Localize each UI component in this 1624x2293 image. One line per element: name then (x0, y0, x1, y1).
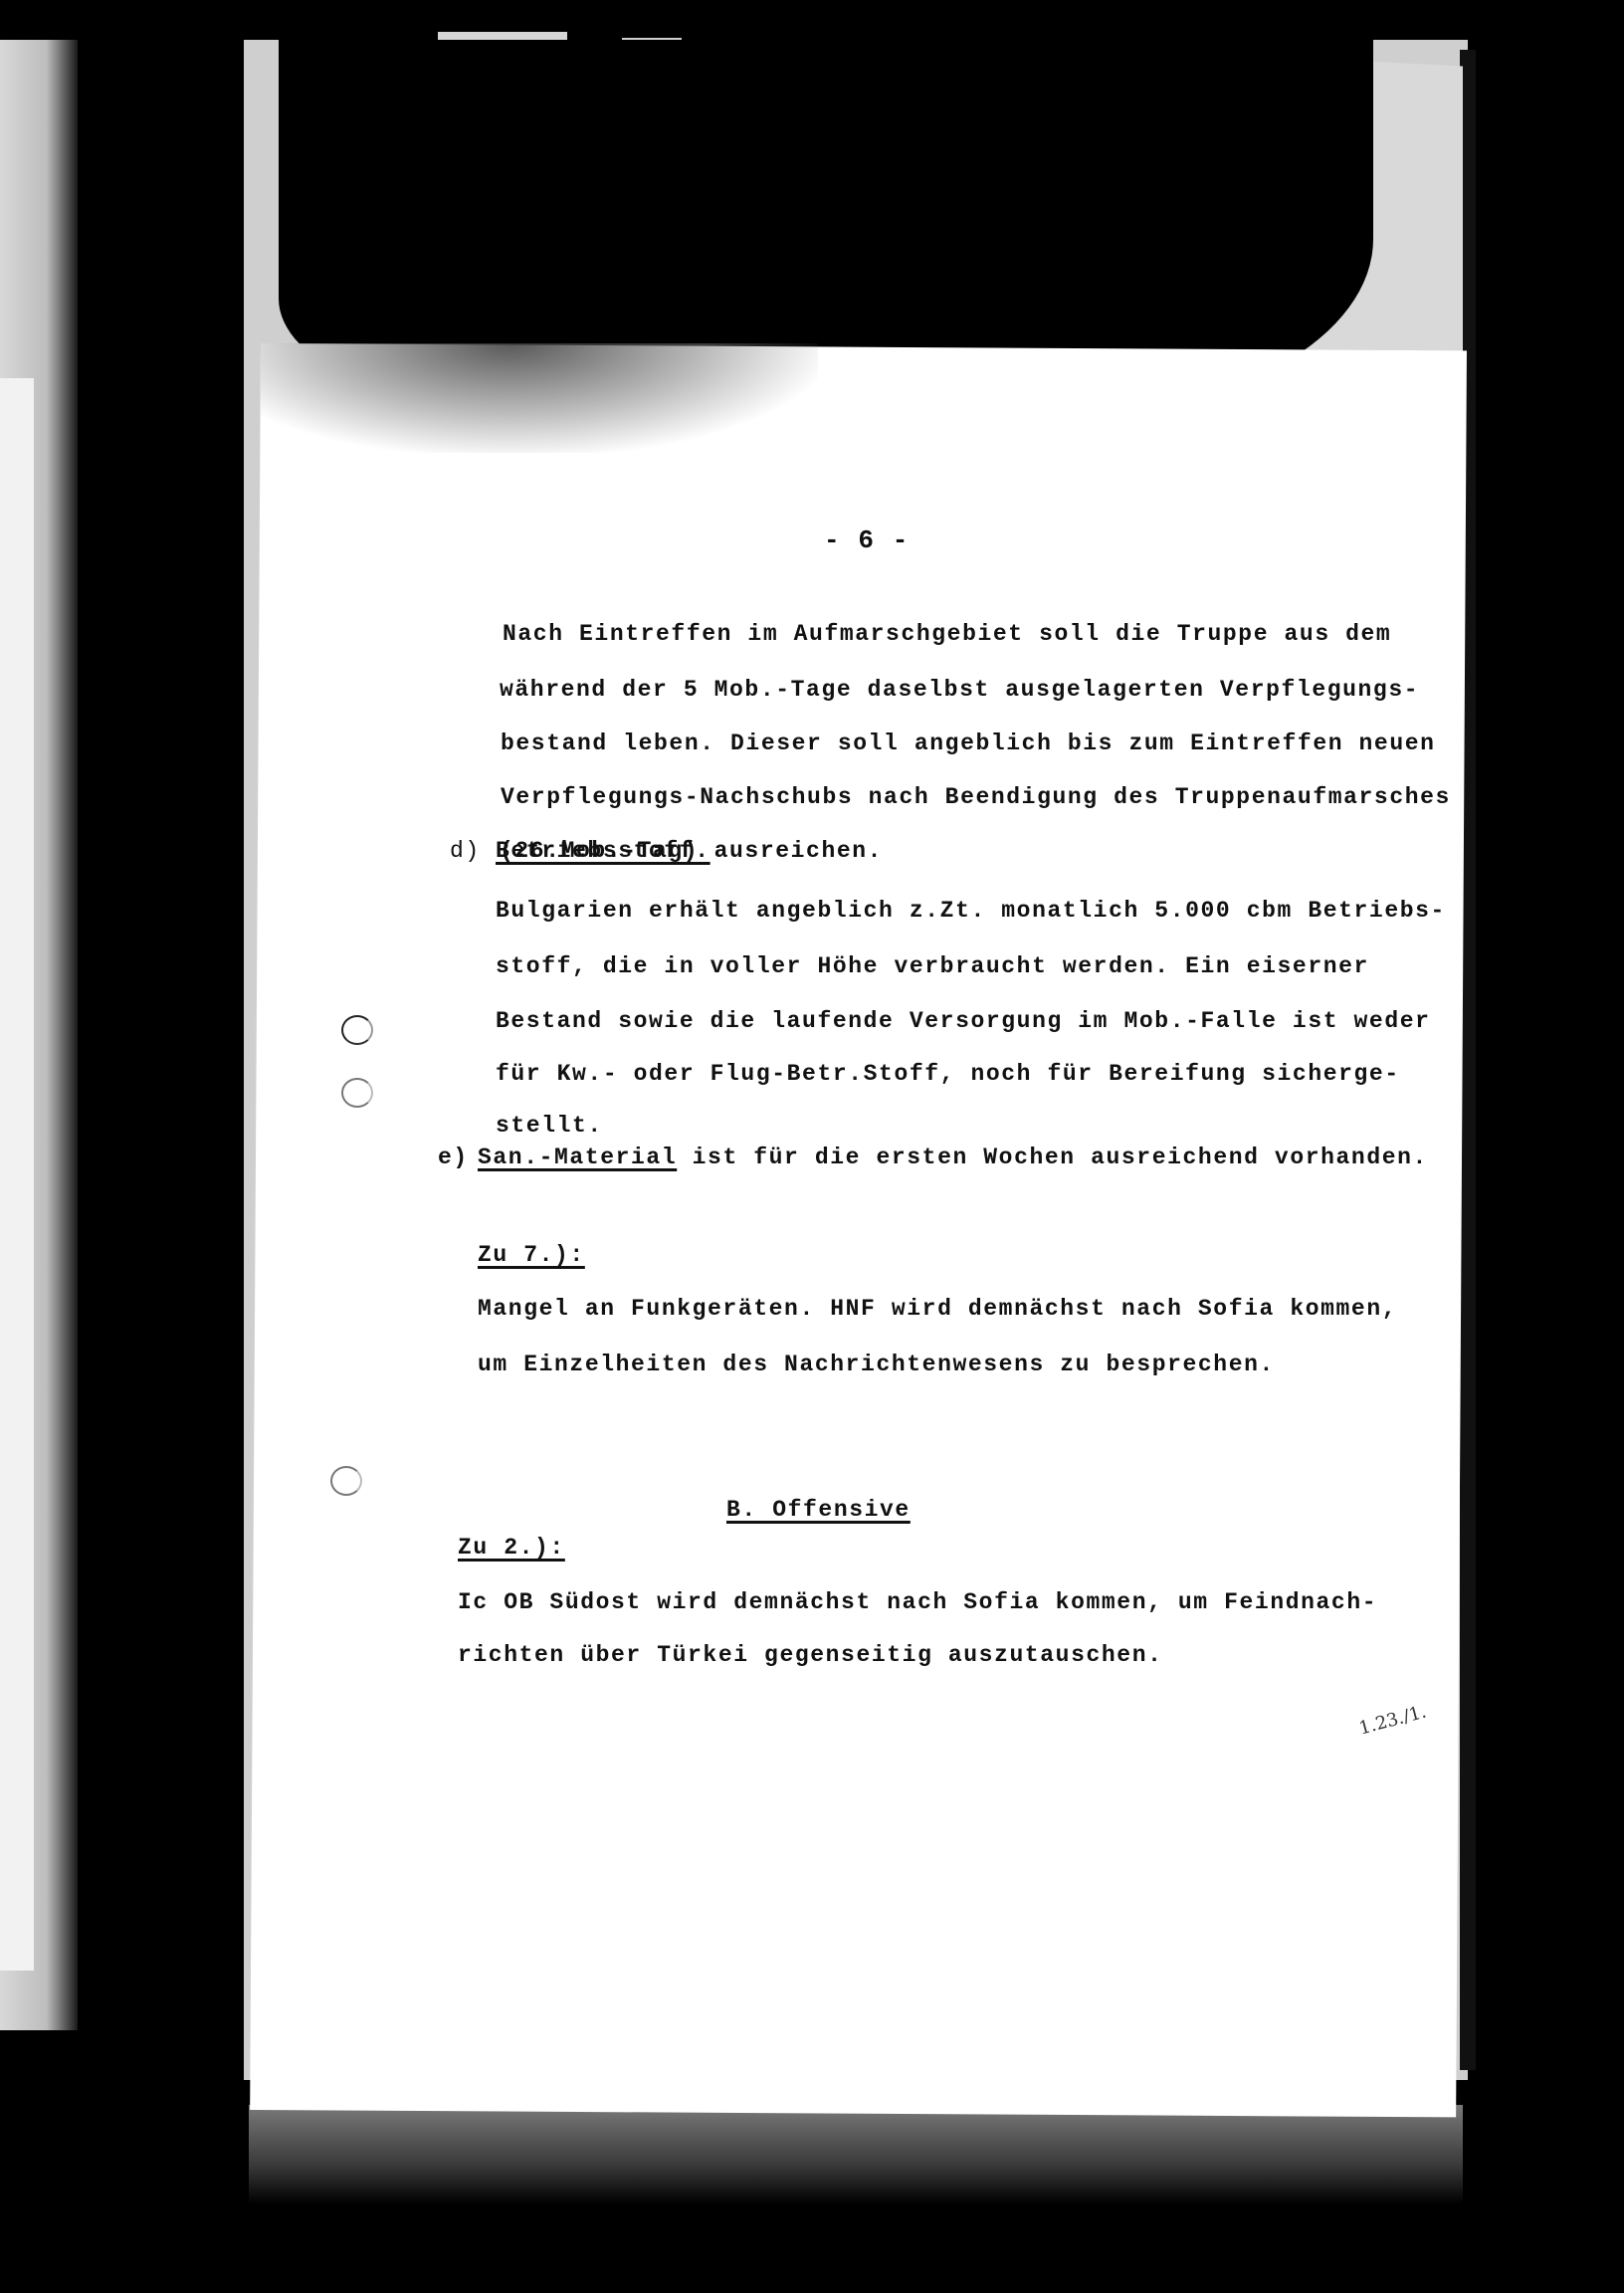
section-heading-e: San.-Material (478, 1145, 677, 1170)
section-heading-offensive: B. Offensive (726, 1497, 911, 1523)
text-line: Bulgarien erhält angeblich z.Zt. monatli… (496, 898, 1446, 924)
scan-bottom-shadow (249, 2105, 1463, 2204)
text-line: stellt. (496, 1113, 603, 1139)
text-line: Mangel an Funkgeräten. HNF wird demnächs… (478, 1296, 1397, 1322)
text-line: für Kw.- oder Flug-Betr.Stoff, noch für … (496, 1061, 1400, 1087)
text-line: Verpflegungs-Nachschubs nach Beendigung … (501, 784, 1451, 810)
list-marker-d: d) (450, 838, 481, 864)
page-top-shadow (261, 343, 818, 453)
section-e-text: ist für die ersten Wochen ausreichend vo… (677, 1145, 1428, 1170)
list-marker-e: e) (438, 1145, 469, 1170)
text-line: Nach Eintreffen im Aufmarschgebiet soll … (503, 621, 1391, 647)
adjacent-page-left-edge (0, 378, 34, 1971)
section-heading-d: Betriebsstoff. (496, 838, 710, 864)
text-line: um Einzelheiten des Nachrichtenwesens zu… (478, 1352, 1275, 1377)
subsection-heading-zu-7: Zu 7.): (478, 1242, 585, 1268)
text-line: Bestand sowie die laufende Versorgung im… (496, 1008, 1431, 1034)
subsection-heading-zu-2: Zu 2.): (458, 1535, 565, 1561)
page-number: - 6 - (824, 525, 910, 555)
punch-hole-icon (341, 1078, 373, 1108)
text-line: stoff, die in voller Höhe verbraucht wer… (496, 953, 1369, 979)
text-line: richten über Türkei gegenseitig auszutau… (458, 1642, 1163, 1668)
section-e-line: San.-Material ist für die ersten Wochen … (478, 1145, 1428, 1170)
text-line: Ic OB Südost wird demnächst nach Sofia k… (458, 1589, 1377, 1615)
punch-hole-icon (330, 1466, 362, 1496)
document-page (250, 343, 1467, 2117)
text-line: während der 5 Mob.-Tage daselbst ausgela… (500, 677, 1419, 703)
text-line: bestand leben. Dieser soll angeblich bis… (501, 730, 1436, 756)
punch-hole-icon (341, 1015, 373, 1045)
